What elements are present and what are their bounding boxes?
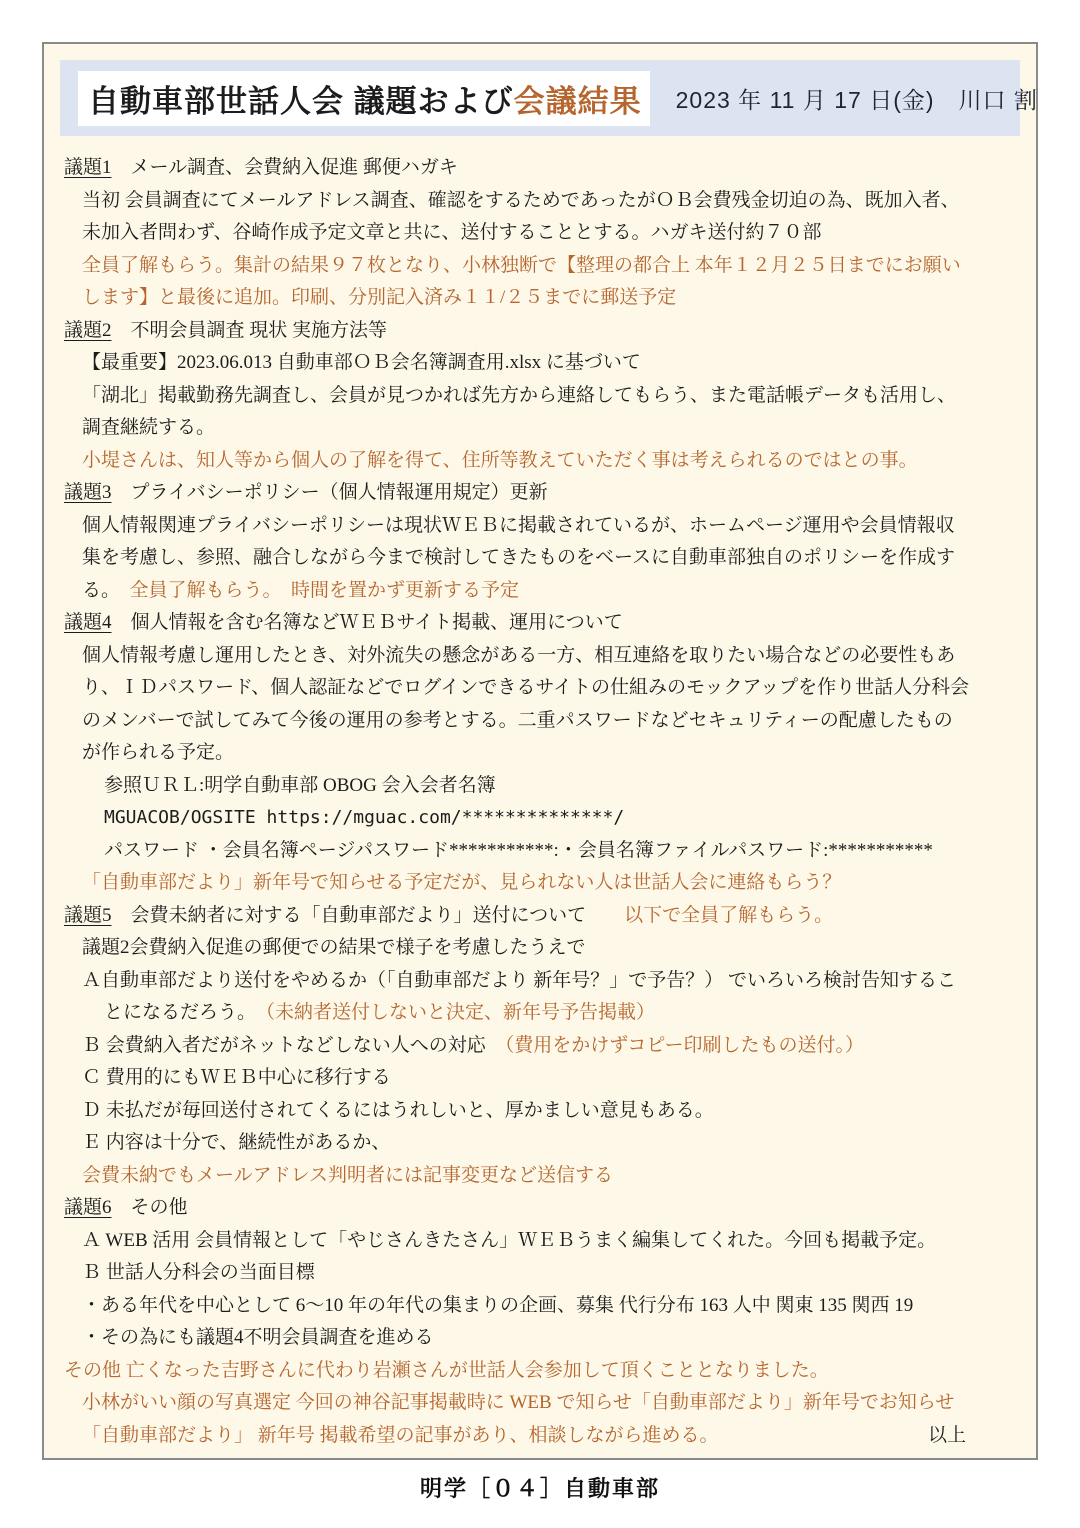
doc-line: のメンバーで試してみて今後の運用の参考とする。二重パスワードなどセキュリティーの… (64, 705, 1014, 738)
doc-line: Ｂ 世話人分科会の当面目標 (64, 1257, 1014, 1290)
doc-line: Ｂ 会費納入者だがネットなどしない人への対応 （費用をかけずコピー印刷したもの送… (64, 1030, 1014, 1063)
text-run: （費用をかけずコピー印刷したもの送付。） (505, 1035, 864, 1056)
doc-line: Ｄ 未払だが毎回送付されてくるにはうれしいと、厚かましい意見もある。 (64, 1095, 1014, 1128)
doc-line: 会費未納でもメールアドレス判明者には記事変更など送信する (64, 1160, 1014, 1193)
text-run: のメンバーで試してみて今後の運用の参考とする。二重パスワードなどセキュリティーの… (82, 710, 953, 731)
text-run: Ｄ 未払だが毎回送付されてくるにはうれしいと、厚かましい意見もある。 (82, 1100, 714, 1121)
agenda-heading: 議題6 (64, 1197, 112, 1218)
text-run: 個人情報関連プライバシーポリシーは現状ＷＥＢに掲載されているが、ホームページ運用… (82, 515, 955, 536)
text-run: その他 (112, 1197, 188, 1218)
page-title-main: 自動車部世話人会 議題および (88, 84, 514, 119)
text-run: ・その為にも議題4不明会員調査を進める (82, 1327, 434, 1348)
text-run: Ａ自動車部だより送付をやめるか（「自動車部だより 新年号？」で予告？） でいろい… (82, 970, 956, 991)
text-run: 全員了解もらう。 時間を置かず更新する予定 (130, 580, 520, 601)
text-run: が作られる予定。 (82, 742, 234, 763)
doc-line: 調査継続する。 (64, 412, 1014, 445)
doc-line: 【最重要】2023.06.013 自動車部ＯＢ会名簿調査用.xlsx に基づいて (64, 347, 1014, 380)
doc-line: パスワード ・会員名簿ページパスワード***********:・会員名簿ファイル… (64, 835, 1014, 868)
text-run: （未納者送付しないと決定、新年号予告掲載） (266, 1002, 656, 1023)
doc-line: 個人情報考慮し運用したとき、対外流失の懸念がある一方、相互連絡を取りたい場合など… (64, 640, 1014, 673)
text-run: MGUACOB/OGSITE https://mguac.com/*******… (104, 807, 624, 828)
agenda-heading: 議題1 (64, 157, 112, 178)
doc-line: Ｅ 内容は十分で、継続性があるか、 (64, 1127, 1014, 1160)
doc-line: Ｃ 費用的にもＷＥＢ中心に移行する (64, 1062, 1014, 1095)
meeting-date-venue: 2023 年 11 月 17 日(金) 川口 割烹神谷 (676, 82, 1038, 115)
doc-line: 小林がいい顔の写真選定 今回の神谷記事掲載時に WEB で知らせ「自動車部だより… (64, 1387, 1014, 1420)
doc-line: が作られる予定。 (64, 737, 1014, 770)
doc-line: 議題4 個人情報を含む名簿などＷＥＢサイト掲載、運用について (64, 607, 1014, 640)
doc-line: 「湖北」掲載勤務先調査し、会員が見つかれば先方から連絡してもらう、また電話帳デー… (64, 380, 1014, 413)
agenda-heading: 議題2 (64, 320, 112, 341)
footer-label: 明学［０４］自動車部 (0, 1472, 1080, 1503)
text-run: Ｅ 内容は十分で、継続性があるか、 (82, 1132, 390, 1153)
document-header: 自動車部世話人会 議題および会議結果 2023 年 11 月 17 日(金) 川… (60, 60, 1020, 136)
text-run: 「自動車部だより」新年号で知らせる予定だが、見られない人は世話人会に連絡もらう？ (82, 872, 841, 893)
doc-line: 議題5 会費未納者に対する「自動車部だより」送付について 以下で全員了解もらう。 (64, 900, 1014, 933)
text-run: 会費未納者に対する「自動車部だより」送付について (112, 905, 587, 926)
agenda-heading: 議題3 (64, 482, 112, 503)
text-run: Ｂ 会費納入者だがネットなどしない人への対応 (82, 1035, 505, 1056)
text-run: します】と最後に追加。印刷、分別記入済み１１/２５までに郵送予定 (82, 287, 676, 308)
text-run: 議題2会費納入促進の郵便での結果で様子を考慮したうえで (82, 937, 586, 958)
text-run: プライバシーポリシー（個人情報運用規定）更新 (112, 482, 548, 503)
doc-line: 個人情報関連プライバシーポリシーは現状ＷＥＢに掲載されているが、ホームページ運用… (64, 510, 1014, 543)
text-run: 会費未納でもメールアドレス判明者には記事変更など送信する (82, 1165, 613, 1186)
doc-line: Ａ WEB 活用 会員情報として「やじさんきたさん」ＷＥＢうまく編集してくれた。… (64, 1225, 1014, 1258)
doc-line: 議題3 プライバシーポリシー（個人情報運用規定）更新 (64, 477, 1014, 510)
text-run: 【最重要】2023.06.013 自動車部ＯＢ会名簿調査用.xlsx に基づいて (82, 352, 641, 373)
doc-line: MGUACOB/OGSITE https://mguac.com/*******… (64, 802, 1014, 835)
doc-line: とになるだろう。 （未納者送付しないと決定、新年号予告掲載） (64, 997, 1014, 1030)
text-run: Ｃ 費用的にもＷＥＢ中心に移行する (82, 1067, 391, 1088)
doc-line: 議題2会費納入促進の郵便での結果で様子を考慮したうえで (64, 932, 1014, 965)
doc-line: る。 全員了解もらう。 時間を置かず更新する予定 (64, 575, 1014, 608)
doc-line: Ａ自動車部だより送付をやめるか（「自動車部だより 新年号？」で予告？） でいろい… (64, 965, 1014, 998)
doc-line: 「自動車部だより」新年号で知らせる予定だが、見られない人は世話人会に連絡もらう？ (64, 867, 1014, 900)
text-run: 個人情報を含む名簿などＷＥＢサイト掲載、運用について (112, 612, 623, 633)
text-run: 調査継続する。 (82, 417, 215, 438)
doc-line: 全員了解もらう。集計の結果９７枚となり、小林独断で【整理の都合上 本年１２月２５… (64, 250, 1014, 283)
page-title: 自動車部世話人会 議題および会議結果 (78, 71, 650, 126)
text-run: 当初 会員調査にてメールアドレス調査、確認をするためであったがＯＢ会費残金切迫の… (82, 190, 960, 211)
text-run: 未加入者問わず、谷崎作成予定文章と共に、送付することとする。ハガキ送付約７０部 (82, 222, 821, 243)
text-run: ・ある年代を中心として 6～10 年の年代の集まりの企画、募集 代行分布 163… (82, 1295, 913, 1316)
doc-line: り、ＩＤパスワード、個人認証などでログインできるサイトの仕組みのモックアップを作… (64, 672, 1014, 705)
text-run: る。 (82, 580, 130, 601)
doc-line: その他 亡くなった吉野さんに代わり岩瀬さんが世話人会参加して頂くこととなりました… (64, 1355, 1014, 1388)
doc-line: 未加入者問わず、谷崎作成予定文章と共に、送付することとする。ハガキ送付約７０部 (64, 217, 1014, 250)
text-run: パスワード ・会員名簿ページパスワード***********:・会員名簿ファイル… (104, 840, 933, 861)
doc-line: 議題1 メール調査、会費納入促進 郵便ハガキ (64, 152, 1014, 185)
text-run: り、ＩＤパスワード、個人認証などでログインできるサイトの仕組みのモックアップを作… (82, 677, 969, 698)
page-title-accent: 会議結果 (514, 84, 642, 119)
doc-line: ・その為にも議題4不明会員調査を進める (64, 1322, 1014, 1355)
text-run: 小林がいい顔の写真選定 今回の神谷記事掲載時に WEB で知らせ「自動車部だより… (82, 1392, 954, 1413)
doc-line: 小堤さんは、知人等から個人の了解を得て、住所等教えていただく事は考えられるのでは… (64, 445, 1014, 478)
text-run: Ｂ 世話人分科会の当面目標 (82, 1262, 315, 1283)
text-run: メール調査、会費納入促進 郵便ハガキ (112, 157, 458, 178)
doc-line: 当初 会員調査にてメールアドレス調査、確認をするためであったがＯＢ会費残金切迫の… (64, 185, 1014, 218)
text-run: 不明会員調査 現状 実施方法等 (112, 320, 388, 341)
text-run: とになるだろう。 (104, 1002, 266, 1023)
agenda-heading: 議題4 (64, 612, 112, 633)
text-run: 全員了解もらう。集計の結果９７枚となり、小林独断で【整理の都合上 本年１２月２５… (82, 255, 961, 276)
text-run: 「自動車部だより」 新年号 掲載希望の記事があり、相談しながら進める。 (82, 1425, 719, 1446)
text-run: 「湖北」掲載勤務先調査し、会員が見つかれば先方から連絡してもらう、また電話帳デー… (82, 385, 956, 406)
agenda-heading: 議題5 (64, 905, 112, 926)
text-run: 小堤さんは、知人等から個人の了解を得て、住所等教えていただく事は考えられるのでは… (82, 450, 918, 471)
text-run: Ａ WEB 活用 会員情報として「やじさんきたさん」ＷＥＢうまく編集してくれた。… (82, 1230, 936, 1251)
document-page: 自動車部世話人会 議題および会議結果 2023 年 11 月 17 日(金) 川… (42, 42, 1038, 1460)
text-run: 個人情報考慮し運用したとき、対外流失の懸念がある一方、相互連絡を取りたい場合など… (82, 645, 955, 666)
doc-line: 議題6 その他 (64, 1192, 1014, 1225)
document-body: 議題1 メール調査、会費納入促進 郵便ハガキ当初 会員調査にてメールアドレス調査… (44, 136, 1036, 1452)
text-run: 参照ＵＲＬ:明学自動車部 OBOG 会入会者名簿 (104, 775, 496, 796)
closing-label: 以上 (928, 1420, 966, 1453)
doc-line: 集を考慮し、参照、融合しながら今まで検討してきたものをベースに自動車部独自のポリ… (64, 542, 1014, 575)
doc-line: ・ある年代を中心として 6～10 年の年代の集まりの企画、募集 代行分布 163… (64, 1290, 1014, 1323)
doc-line: 議題2 不明会員調査 現状 実施方法等 (64, 315, 1014, 348)
text-run: その他 亡くなった吉野さんに代わり岩瀬さんが世話人会参加して頂くこととなりました… (64, 1360, 829, 1381)
doc-line: 以上「自動車部だより」 新年号 掲載希望の記事があり、相談しながら進める。 (64, 1420, 1014, 1453)
doc-line: 参照ＵＲＬ:明学自動車部 OBOG 会入会者名簿 (64, 770, 1014, 803)
text-run: 集を考慮し、参照、融合しながら今まで検討してきたものをベースに自動車部独自のポリ… (82, 547, 955, 568)
text-run: 以下で全員了解もらう。 (586, 905, 833, 926)
doc-line: します】と最後に追加。印刷、分別記入済み１１/２５までに郵送予定 (64, 282, 1014, 315)
